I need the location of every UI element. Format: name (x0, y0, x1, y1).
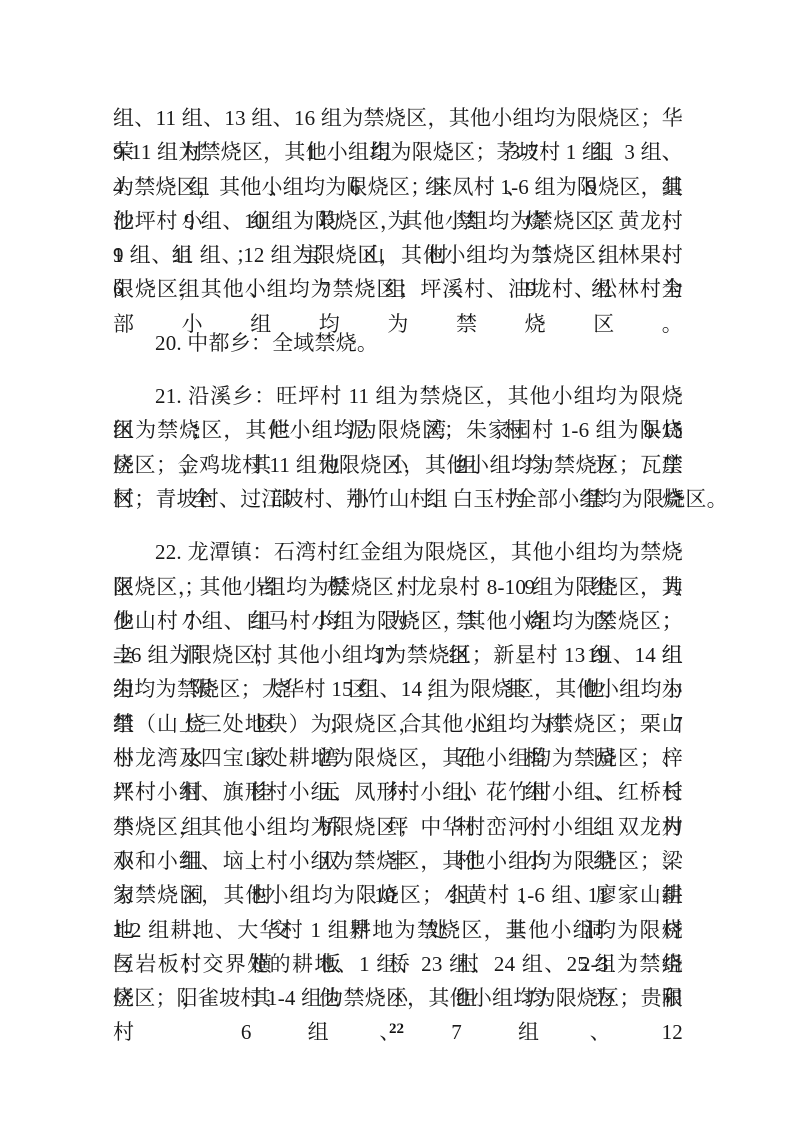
text-line: -26 组为限烧区，其他小组均为禁烧区；新星村 13 组、14 组为限烧区，其他… (113, 638, 683, 672)
text-line: 小龙湾及四宝山处耕地为限烧区，其他小组均为禁烧区；梓坪村桂元村小组、长 (113, 741, 683, 775)
text-line: 为禁烧区，其他小组均为限烧区；来凤村 1-6 组为限烧区，其他小组均为禁烧区； (113, 170, 683, 204)
text-line: 限烧区，其他小组均为禁烧区；坪溪村、油垅村、松林村全部小组均为禁烧区。 (113, 272, 683, 306)
text-line: 9 组、11 组、12 组为限烧区，其他小组均为禁烧区；林果村 6 组、7 组、… (113, 238, 683, 272)
paragraph: 组、11 组、13 组、16 组为禁烧区，其他小组均为限烧区；华荣村 1 组、3… (113, 101, 683, 307)
text-line: 组、11 组、13 组、16 组为禁烧区，其他小组均为限烧区；华荣村 1 组、3… (113, 101, 683, 135)
text-line: 为禁烧区，其他小组均为限烧区；小黄村 1-6 组、廖家山耕地、交界处圭洞村 (113, 878, 683, 912)
paragraph: 21. 沿溪乡：旺坪村 11 组为禁烧区，其他小组均为限烧区；烂泥湾村 9-15… (113, 379, 683, 516)
text-line: 烧区；金鸡垅村 11 组为限烧区，其他小组均为禁烧区；瓦庄村全部小组为禁烧 (113, 448, 683, 482)
page-footer: 22 (0, 1020, 793, 1038)
paragraph: 22. 龙潭镇：石湾村红金组为限烧区，其他小组均为禁烧区；岩板村 9 组为限烧区… (113, 535, 683, 1015)
text-line: 组均为禁烧区；大华村 15 组、14 组为限烧区，其他小组均为禁烧区；合心村 7 (113, 672, 683, 706)
text-line: 区；青坡村、过江坡村、荆竹山村、白玉村全部小组均为限烧区。 (113, 482, 683, 516)
text-line: 9-11 组为禁烧区，其他小组均为限烧区；茅坡村 1 组、3 组、4 组、6 组… (113, 135, 683, 169)
text-line: 沙坪村 9 组、10 组为限烧区，其他小组均为禁烧区；黄龙村 1 组；宝山村 5… (113, 204, 683, 238)
text-line: 22. 龙潭镇：石湾村红金组为限烧区，其他小组均为禁烧区；岩板村 9 组为 (113, 535, 683, 569)
text-line: 禁烧区，其他小组均为限烧区；中华村峦河村小组、双龙村小组、双丰村小组、 (113, 810, 683, 844)
text-line: 21. 沿溪乡：旺坪村 11 组为禁烧区，其他小组均为限烧区；烂泥湾村 9-15 (113, 379, 683, 413)
text-line: 双和小组、垴上村小组为禁烧区，其他小组均为限烧区；梁家洞村 10 组、11 组 (113, 844, 683, 878)
document-body: 组、11 组、13 组、16 组为禁烧区，其他小组均为限烧区；华荣村 1 组、3… (113, 101, 683, 1015)
text-line: 组（山上三处地块）为限烧区，其他小组均为禁烧区；栗山村水家湾、石榴园、 (113, 707, 683, 741)
text-line: 限烧区，其他小组均为禁烧区；龙泉村 8-10 组为限烧区，其他小组均为禁烧区； (113, 570, 683, 604)
text-line: 与岩板村交界处的耕地、1 组、23 组、24 组、25 组为禁烧区，其他小组均为… (113, 947, 683, 981)
text-line: 烧区；阳雀坡村 1-4 组为禁烧区，其他小组均为限烧区；贵和村 6 组、7 组、… (113, 981, 683, 1015)
document-page: 组、11 组、13 组、16 组为禁烧区，其他小组均为限烧区；华荣村 1 组、3… (0, 0, 793, 1122)
page-number: 22 (389, 1021, 404, 1037)
text-line: 少山村 7 组、白马村小组为限烧区，其他小组均为禁烧区；圭洞村 17 组、19 … (113, 604, 683, 638)
text-line: 兴村小组、旗形村小组、凤形村小组、花竹村小组、红桥村小组、桥坪村小组为 (113, 775, 683, 809)
text-line: 组为禁烧区，其他小组均为限烧区；朱家园村 1-6 组为限烧区，其他小组均为禁 (113, 413, 683, 447)
text-line: 1-2 组耕地、大华村 1 组耕地为禁烧区，其他小组均为限烧区；横板桥村 2-3… (113, 913, 683, 947)
